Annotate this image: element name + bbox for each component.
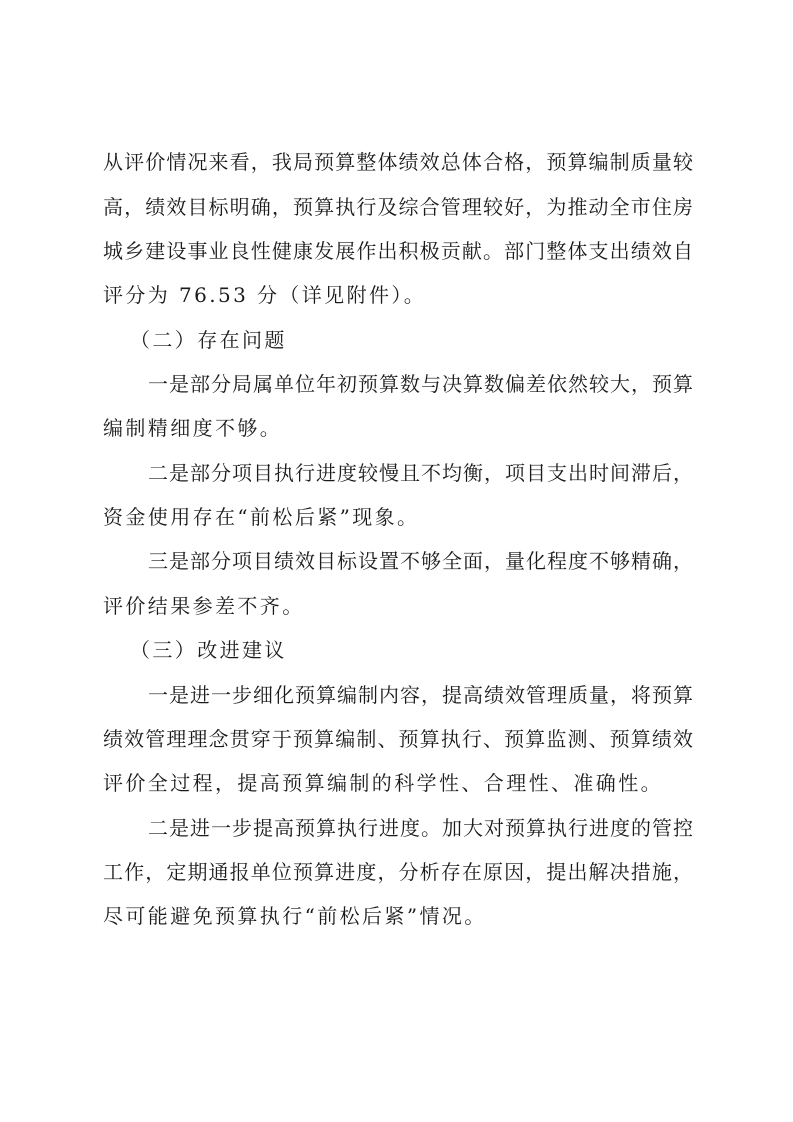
paragraph-problem-3-line-1: 三是部分项目绩效目标设置不够全面，量化程度不够精确，: [148, 549, 693, 573]
paragraph-problem-3-line-2: 评价结果参差不齐。: [103, 594, 693, 618]
paragraph-evaluation-summary-line-3: 城乡建设事业良性健康发展作出积极贡献。部门整体支出绩效自: [103, 239, 693, 263]
paragraph-evaluation-summary-line-1: 从评价情况来看，我局预算整体绩效总体合格，预算编制质量较: [103, 150, 693, 174]
paragraph-problem-1-line-2: 编制精细度不够。: [103, 416, 693, 440]
paragraph-evaluation-summary-line-4: 评分为 76.53 分（详见附件）。: [103, 283, 693, 307]
paragraph-suggestion-1-line-2: 绩效管理理念贯穿于预算编制、预算执行、预算监测、预算绩效: [103, 727, 693, 751]
document-page: 从评价情况来看，我局预算整体绩效总体合格，预算编制质量较 高，绩效目标明确，预算…: [0, 0, 793, 1122]
paragraph-problem-2-line-2: 资金使用存在“前松后紧”现象。: [103, 505, 693, 529]
paragraph-evaluation-summary-line-2: 高，绩效目标明确，预算执行及综合管理较好，为推动全市住房: [103, 195, 693, 219]
paragraph-suggestion-2-line-2: 工作，定期通报单位预算进度，分析存在原因，提出解决措施，: [103, 860, 693, 884]
paragraph-suggestion-2-line-1: 二是进一步提高预算执行进度。加大对预算执行进度的管控: [148, 816, 693, 840]
paragraph-suggestion-2-line-3: 尽可能避免预算执行“前松后紧”情况。: [103, 904, 693, 928]
section-heading-problems: （二）存在问题: [130, 328, 720, 352]
section-heading-suggestions: （三）改进建议: [130, 638, 720, 662]
paragraph-problem-1-line-1: 一是部分局属单位年初预算数与决算数偏差依然较大，预算: [148, 372, 693, 396]
paragraph-suggestion-1-line-3: 评价全过程，提高预算编制的科学性、合理性、准确性。: [103, 771, 693, 795]
paragraph-problem-2-line-1: 二是部分项目执行进度较慢且不均衡，项目支出时间滞后，: [148, 461, 693, 485]
paragraph-suggestion-1-line-1: 一是进一步细化预算编制内容，提高绩效管理质量，将预算: [148, 683, 693, 707]
